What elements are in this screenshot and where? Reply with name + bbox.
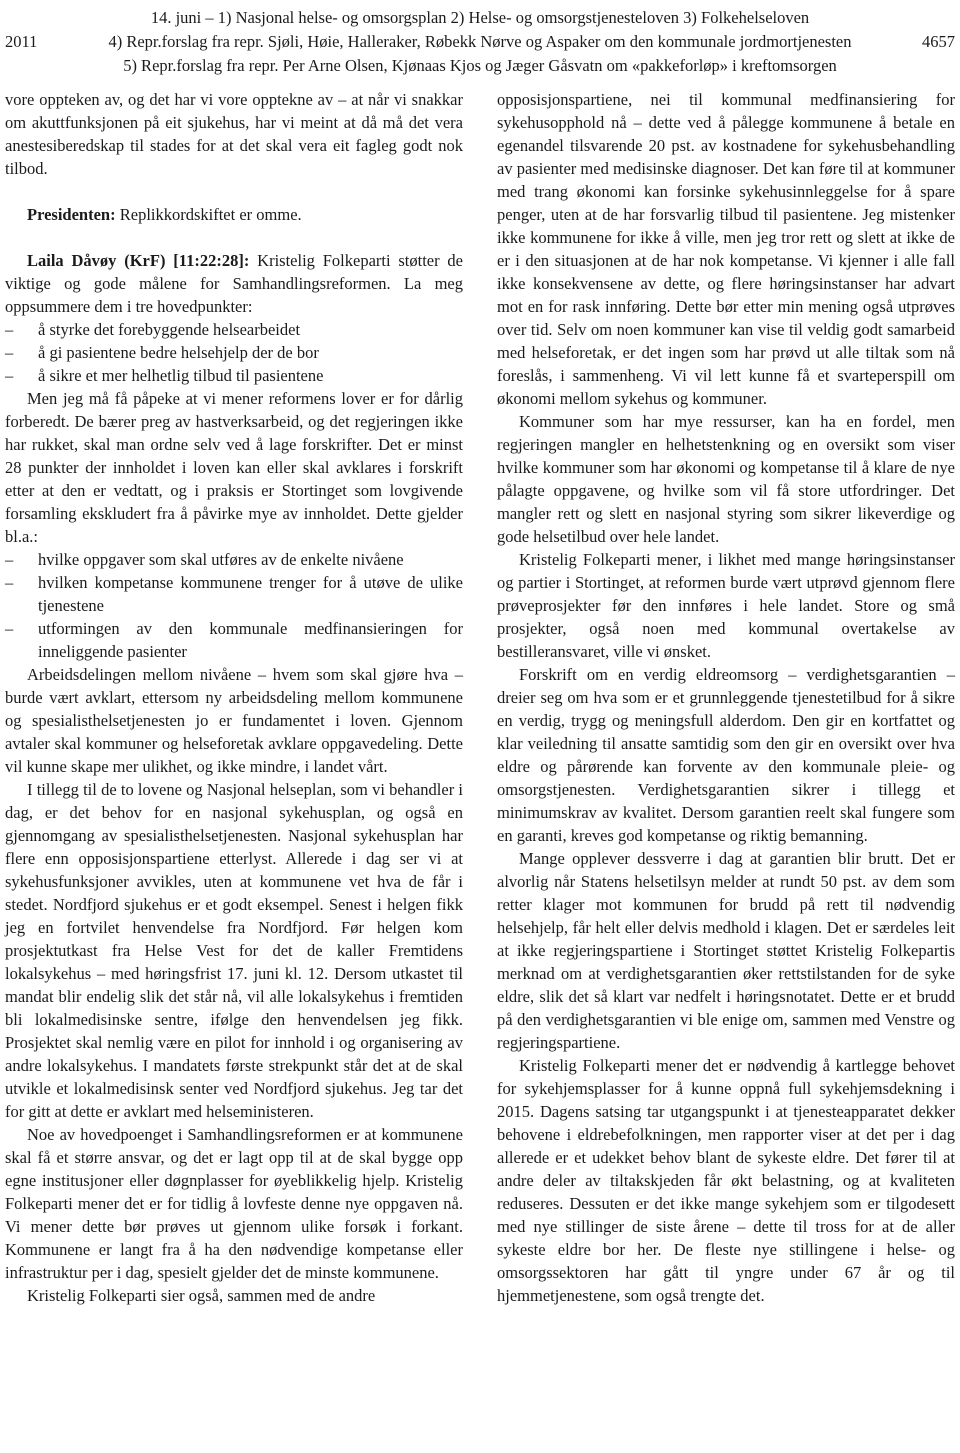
document-page: 14. juni – 1) Nasjonal helse- og omsorgs… [0,0,960,1453]
paragraph: Mange opplever dessverre i dag at garant… [497,847,955,1054]
list-dash-marker: – [5,318,13,341]
list-item: –å sikre et mer helhetlig tilbud til pas… [5,364,463,387]
paragraph: vore oppteken av, og det har vi vore opp… [5,88,463,180]
header-page-number: 4657 [922,30,955,54]
page-header: 14. juni – 1) Nasjonal helse- og omsorgs… [5,6,955,78]
speech-paragraph: Presidenten: Replikkordskiftet er omme. [5,203,463,226]
speaker-name: Laila Dåvøy (KrF) [11:22:28]: [27,251,249,270]
left-column: vore oppteken av, og det har vi vore opp… [5,88,463,1307]
paragraph: Forskrift om en verdig eldreomsorg – ver… [497,663,955,847]
two-column-body: vore oppteken av, og det har vi vore opp… [5,88,955,1307]
list-dash-marker: – [5,341,13,364]
list-dash-marker: – [5,364,13,387]
list-dash-marker: – [5,548,13,571]
list-dash-marker: – [5,617,13,640]
paragraph: Kommuner som har mye ressurser, kan ha e… [497,410,955,548]
speech-paragraph: Laila Dåvøy (KrF) [11:22:28]: Kristelig … [5,249,463,318]
list-item: –hvilke oppgaver som skal utføres av de … [5,548,463,571]
speaker-name: Presidenten: [27,205,116,224]
paragraph: opposisjonspartiene, nei til kommunal me… [497,88,955,410]
header-title-line-2: 4) Repr.forslag fra repr. Sjøli, Høie, H… [5,30,955,54]
list-item: –utformingen av den kommunale medfinansi… [5,617,463,663]
right-column: opposisjonspartiene, nei til kommunal me… [497,88,955,1307]
paragraph: Men jeg må få påpeke at vi mener reforme… [5,387,463,548]
paragraph: Kristelig Folkeparti mener det er nødven… [497,1054,955,1307]
paragraph: Kristelig Folkeparti mener, i likhet med… [497,548,955,663]
paragraph: I tillegg til de to lovene og Nasjonal h… [5,778,463,1123]
paragraph: Noe av hovedpoenget i Samhandlingsreform… [5,1123,463,1284]
paragraph: Arbeidsdelingen mellom nivåene – hvem so… [5,663,463,778]
list-item: –hvilken kompetanse kommunene trenger fo… [5,571,463,617]
header-year: 2011 [5,30,37,54]
paragraph: Kristelig Folkeparti sier også, sammen m… [5,1284,463,1307]
list-item: –å gi pasientene bedre helsehjelp der de… [5,341,463,364]
list-item: –å styrke det forebyggende helsearbeidet [5,318,463,341]
header-title-line-1: 14. juni – 1) Nasjonal helse- og omsorgs… [5,6,955,30]
list-dash-marker: – [5,571,13,594]
header-title-line-3: 5) Repr.forslag fra repr. Per Arne Olsen… [5,54,955,78]
